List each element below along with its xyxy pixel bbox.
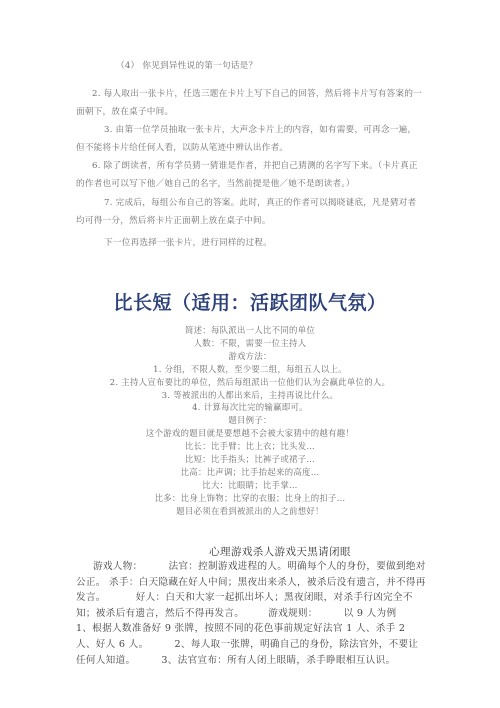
method-heading: 游戏方法： bbox=[0, 350, 500, 363]
question-4: （4） 你见到异性说的第一句话是？ bbox=[116, 61, 257, 72]
compare-game-description: 简述：每队派出一人比不同的单位 人数：不限，需要一位主持人 游戏方法： 1. 分… bbox=[0, 324, 500, 518]
example-short: 比短：比手指头；比裤子或裙子… bbox=[0, 453, 500, 466]
method-step-2: 2. 主持人宣布要比的单位，然后每组派出一位他们认为会赢此单位的人。 bbox=[0, 376, 500, 389]
example-big: 比大：比眼睛；比手掌… bbox=[0, 479, 500, 492]
step-2-paragraph: 2. 每人取出一张卡片，任选三题在卡片上写下自己的回答，然后将卡片写有答案的一面… bbox=[76, 86, 424, 121]
method-step-4: 4. 计算每次比完的输赢即可。 bbox=[0, 401, 500, 414]
examples-intro: 这个游戏的题目就是要想越不会被大家猜中的越有趣！ bbox=[0, 427, 500, 440]
next-round-note: 下一位再选择一张卡片，进行同样的过程。 bbox=[104, 238, 272, 249]
examples-heading: 题目例子： bbox=[0, 414, 500, 427]
game-title-werewolf: 心理游戏杀人游戏天黑请闭眼 bbox=[0, 544, 500, 559]
document-page: （4） 你见到异性说的第一句话是？ 2. 每人取出一张卡片，任选三题在卡片上写下… bbox=[0, 0, 500, 708]
step-3-paragraph: 3. 由第一位学员抽取一张卡片，大声念卡片上的内容，如有需要，可再念一遍，但不能… bbox=[76, 122, 424, 157]
rules-example: 以 9 人为例 bbox=[344, 608, 397, 619]
method-step-1: 1. 分组，不限人数，至少要二组，每组五人以上。 bbox=[0, 363, 500, 376]
method-step-3: 3. 等被派出的人都出来后，主持再说比什么。 bbox=[0, 389, 500, 402]
example-many: 比多：比身上饰物；比穿的衣服；比身上的扣子… bbox=[0, 492, 500, 505]
game-title-compare: 比长短（适用：活跃团队气氛） bbox=[0, 288, 500, 315]
roles-label: 游戏人物： bbox=[93, 561, 142, 572]
werewolf-rules-paragraph: 游戏人物：法官：控制游戏进程的人。明确每个人的身份，要做到绝对公正。 杀手：白天… bbox=[76, 559, 426, 668]
example-high: 比高：比声调；比手抬起来的高度… bbox=[0, 466, 500, 479]
example-long: 比长：比手臂；比上衣；比头发… bbox=[0, 440, 500, 453]
rule-3: 3、法官宣布：所有人闭上眼睛，杀手睁眼相互认识。 bbox=[161, 655, 395, 666]
rules-label: 游戏规则： bbox=[268, 608, 317, 619]
examples-note: 题目必须在看到被派出的人之前想好！ bbox=[0, 505, 500, 518]
step-7-paragraph: 7. 完成后，每组公布自己的答案。此时，真正的作者可以揭晓谜底，凡是猜对者均可得… bbox=[76, 195, 424, 230]
players-line: 人数：不限，需要一位主持人 bbox=[0, 337, 500, 350]
summary-line: 简述：每队派出一人比不同的单位 bbox=[0, 324, 500, 337]
step-6-paragraph: 6. 除了朗读者，所有学员猜一猜谁是作者，并把自己猜测的名字写下来。（卡片真正的… bbox=[76, 158, 424, 193]
